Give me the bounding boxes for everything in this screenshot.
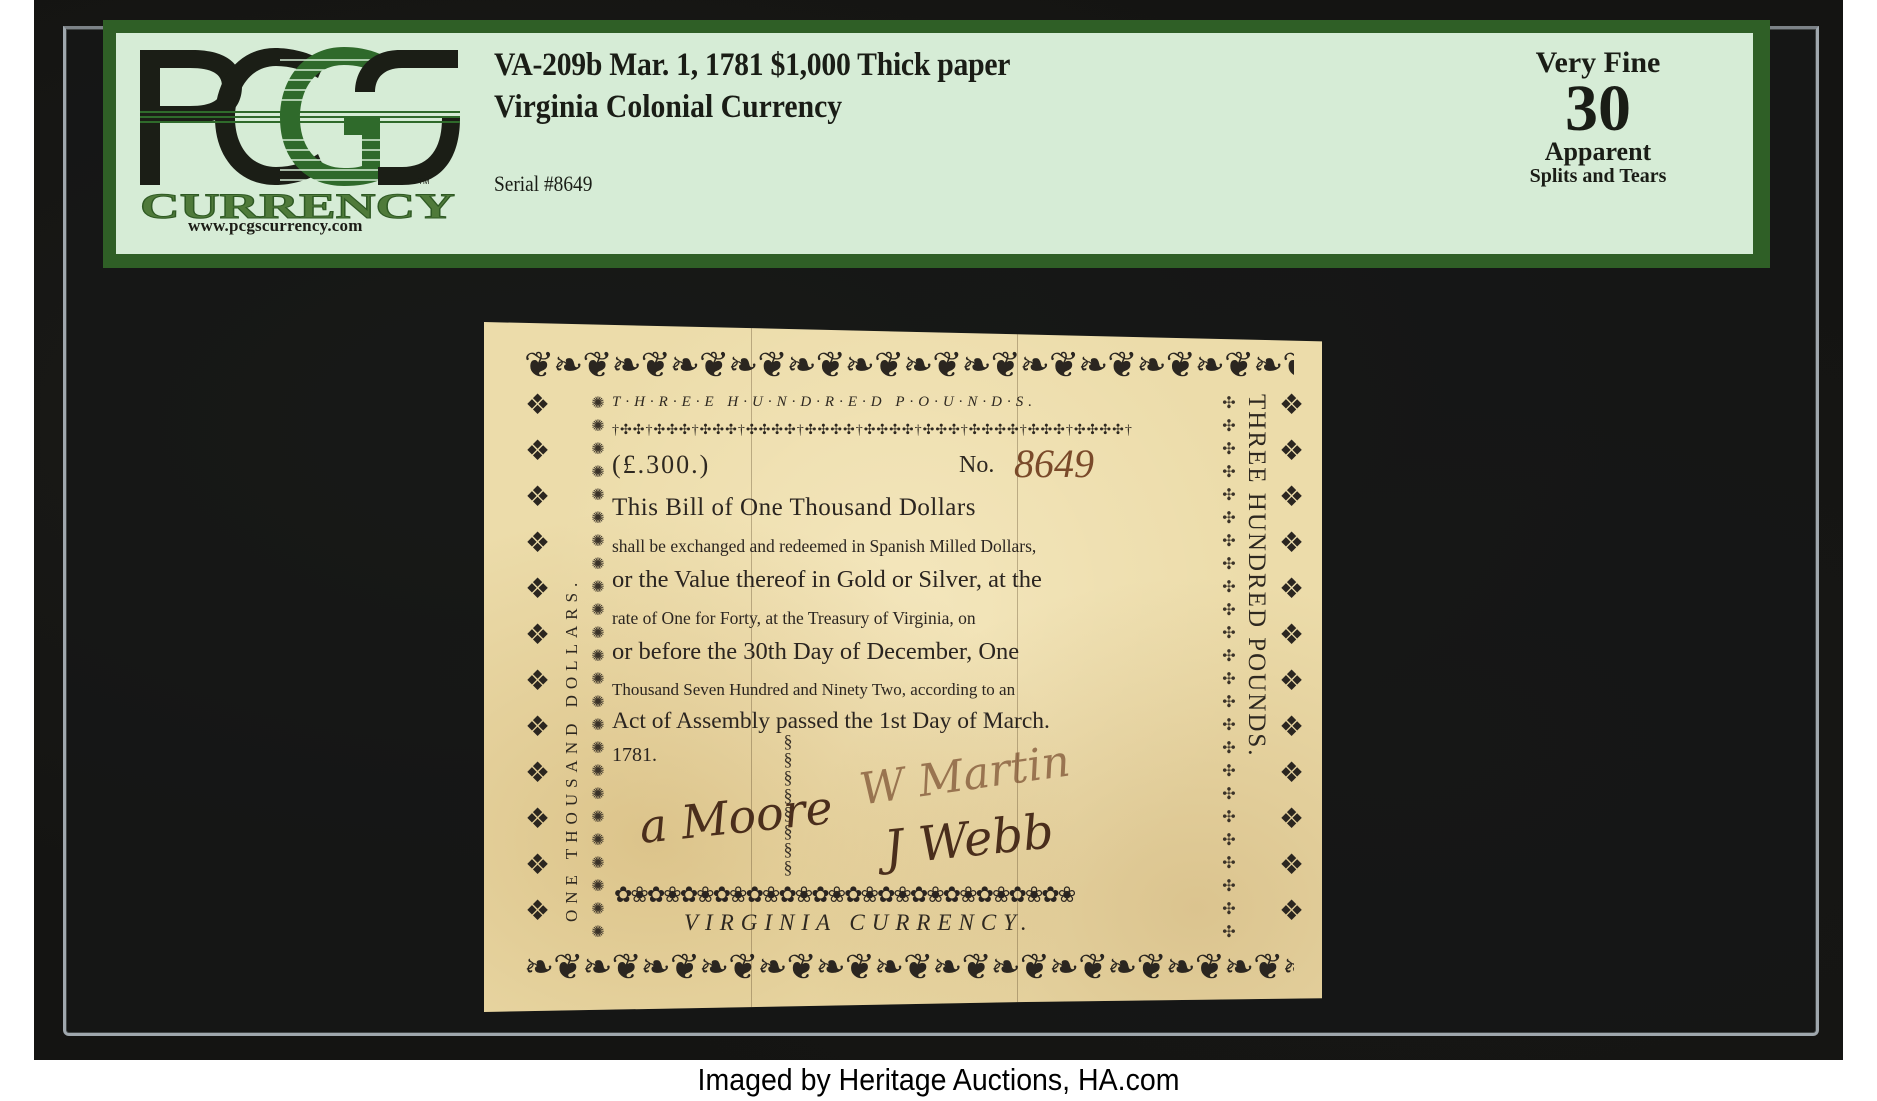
- right-vertical-text: THREE HUNDRED POUNDS.: [1242, 394, 1270, 758]
- body-line: This Bill of One Thousand Dollars: [612, 494, 1224, 522]
- bottom-ornament-band: ❧❦❧❦❧❦❧❦❧❦❧❦❧❦❧❦❧❦❧❦❧❦❧❦❧❦❧❦❧❦❧❦❧❦❧❦: [524, 944, 1294, 992]
- left-ornament-band: ❖ ❖ ❖ ❖ ❖ ❖ ❖ ❖ ❖ ❖ ❖ ❖: [520, 382, 554, 942]
- grade-number: 30: [1478, 79, 1718, 139]
- top-ornament-band: ❦❧❦❧❦❧❦❧❦❧❦❧❦❧❦❧❦❧❦❧❦❧❦❧❦❧❦❧❦❧❦❧❦❧❦❧: [524, 344, 1294, 388]
- svg-text:TM: TM: [418, 177, 430, 186]
- signature: J Webb: [882, 803, 1057, 876]
- left-vertical-text: ONE THOUSAND DOLLARS.: [562, 577, 582, 922]
- flower-ornament-row: ✿❀✿❀✿❀✿❀✿❀✿❀✿❀✿❀✿❀✿❀✿❀✿❀✿❀✿❀: [614, 882, 1214, 908]
- grade-qualifier: Apparent: [1478, 139, 1718, 165]
- right-cross-column: ✣ ✣ ✣ ✣ ✣ ✣ ✣ ✣ ✣ ✣ ✣ ✣ ✣ ✣ ✣ ✣ ✣ ✣ ✣ ✣ …: [1219, 392, 1239, 952]
- grade-note: Splits and Tears: [1478, 165, 1718, 187]
- denomination: (£.300.): [612, 450, 710, 480]
- grade-box: Very Fine 30 Apparent Splits and Tears: [1478, 47, 1718, 187]
- cross-ornament-row: †✣✣†✣✣✣†✣✣✣†✣✣✣✣†✣✣✣✣†✣✣✣✣†✣✣✣†✣✣✣✣†✣✣✣†…: [612, 422, 1212, 439]
- note-series: Virginia Colonial Currency: [494, 89, 842, 126]
- handwritten-serial: 8649: [1014, 440, 1094, 487]
- body-line: or before the 30th Day of December, One: [612, 638, 1224, 666]
- serial-number: Serial #8649: [494, 171, 592, 197]
- body-line: shall be exchanged and redeemed in Spani…: [612, 536, 1224, 557]
- label-panel: TM CURRENCY www.pcgscurrency.com VA-209b…: [116, 33, 1753, 254]
- banknote: ❦❧❦❧❦❧❦❧❦❧❦❧❦❧❦❧❦❧❦❧❦❧❦❧❦❧❦❧❦❧❦❧❦❧❦❧ ❧❦❧…: [484, 322, 1322, 1012]
- body-line: Act of Assembly passed the 1st Day of Ma…: [612, 708, 1224, 735]
- number-label: No.: [959, 452, 994, 479]
- note-footer: VIRGINIA CURRENCY.: [684, 910, 1034, 936]
- right-ornament-band: ❖ ❖ ❖ ❖ ❖ ❖ ❖ ❖ ❖ ❖ ❖ ❖: [1274, 382, 1308, 942]
- left-star-column: ✺ ✺ ✺ ✺ ✺ ✺ ✺ ✺ ✺ ✺ ✺ ✺ ✺ ✺ ✺ ✺ ✺ ✺ ✺ ✺ …: [588, 392, 608, 952]
- body-line: Thousand Seven Hundred and Ninety Two, a…: [612, 680, 1224, 700]
- note-header: T·H·R·E·E H·U·N·D·R·E·D P·O·U·N·D·S.: [612, 394, 1222, 411]
- note-title: VA-209b Mar. 1, 1781 $1,000 Thick paper: [494, 47, 1010, 84]
- image-credit: Imaged by Heritage Auctions, HA.com: [75, 1062, 1802, 1098]
- pcgs-currency-logo: TM CURRENCY: [130, 40, 470, 240]
- body-line: or the Value thereof in Gold or Silver, …: [612, 566, 1224, 594]
- pcgs-logo-icon: TM CURRENCY: [130, 40, 470, 230]
- signature: a Moore: [637, 780, 835, 854]
- website-url: www.pcgscurrency.com: [188, 216, 363, 236]
- body-line: rate of One for Forty, at the Treasury o…: [612, 608, 1224, 629]
- grading-label: TM CURRENCY www.pcgscurrency.com VA-209b…: [103, 20, 1770, 268]
